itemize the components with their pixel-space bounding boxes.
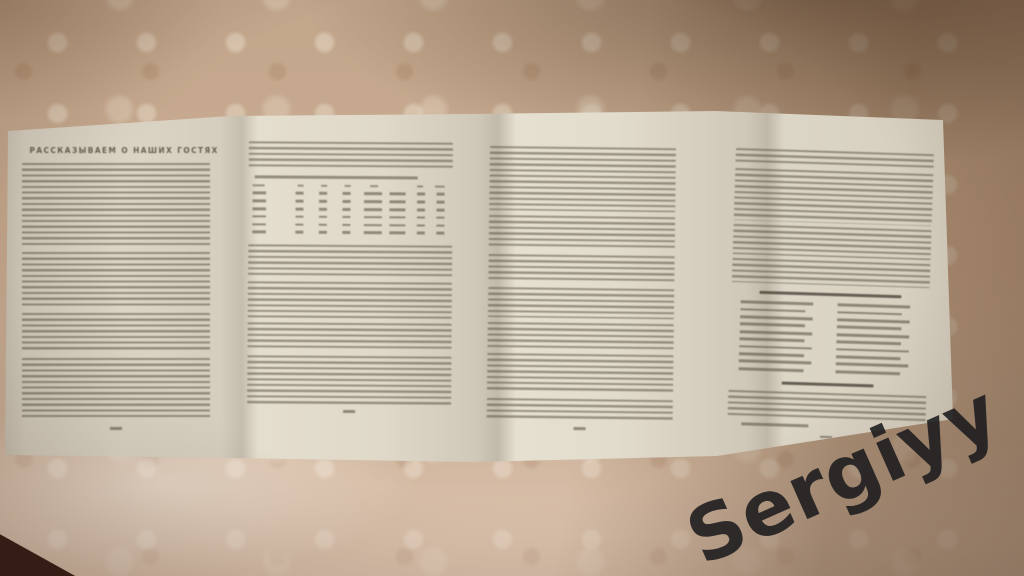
spacer bbox=[22, 420, 210, 427]
blurred-paragraph bbox=[489, 146, 676, 212]
booklet-panel-3 bbox=[487, 146, 676, 431]
blurred-paragraph bbox=[22, 358, 210, 420]
page-number-mark bbox=[574, 427, 586, 430]
blurred-paragraph bbox=[488, 254, 674, 284]
blurred-paragraph bbox=[733, 224, 932, 260]
table-row bbox=[252, 223, 448, 227]
table-header-row bbox=[253, 184, 449, 188]
blurred-paragraph bbox=[488, 287, 674, 319]
blurred-paragraph bbox=[247, 355, 451, 404]
player-name-list bbox=[733, 300, 925, 375]
blurred-paragraph bbox=[248, 244, 452, 277]
blurred-paragraph bbox=[487, 353, 673, 395]
statistics-table bbox=[252, 184, 448, 235]
table-row bbox=[252, 231, 448, 235]
table-row bbox=[252, 207, 448, 211]
blurred-paragraph bbox=[22, 163, 210, 247]
dark-corner-object bbox=[0, 524, 86, 576]
blurred-paragraph bbox=[22, 313, 210, 353]
blurred-paragraph bbox=[734, 168, 934, 226]
blurred-paragraph bbox=[489, 215, 675, 251]
page-number-mark bbox=[343, 410, 355, 413]
blurred-paragraph bbox=[488, 322, 674, 350]
blurred-paragraph bbox=[487, 398, 673, 422]
blurred-paragraph bbox=[249, 141, 453, 170]
blurred-paragraph bbox=[22, 252, 210, 308]
blurred-paragraph bbox=[248, 281, 452, 318]
panel1-heading: РАССКАЗЫВАЕМ О НАШИХ ГОСТЯХ bbox=[30, 146, 203, 155]
table-row bbox=[253, 192, 449, 196]
booklet-panel-2 bbox=[247, 141, 453, 413]
table-row bbox=[252, 215, 448, 219]
table-row bbox=[253, 199, 449, 203]
blurred-paragraph bbox=[247, 322, 451, 351]
spacer bbox=[22, 155, 210, 163]
page-number-mark bbox=[110, 427, 122, 430]
booklet-panel-1: РАССКАЗЫВАЕМ О НАШИХ ГОСТЯХ bbox=[22, 146, 210, 430]
